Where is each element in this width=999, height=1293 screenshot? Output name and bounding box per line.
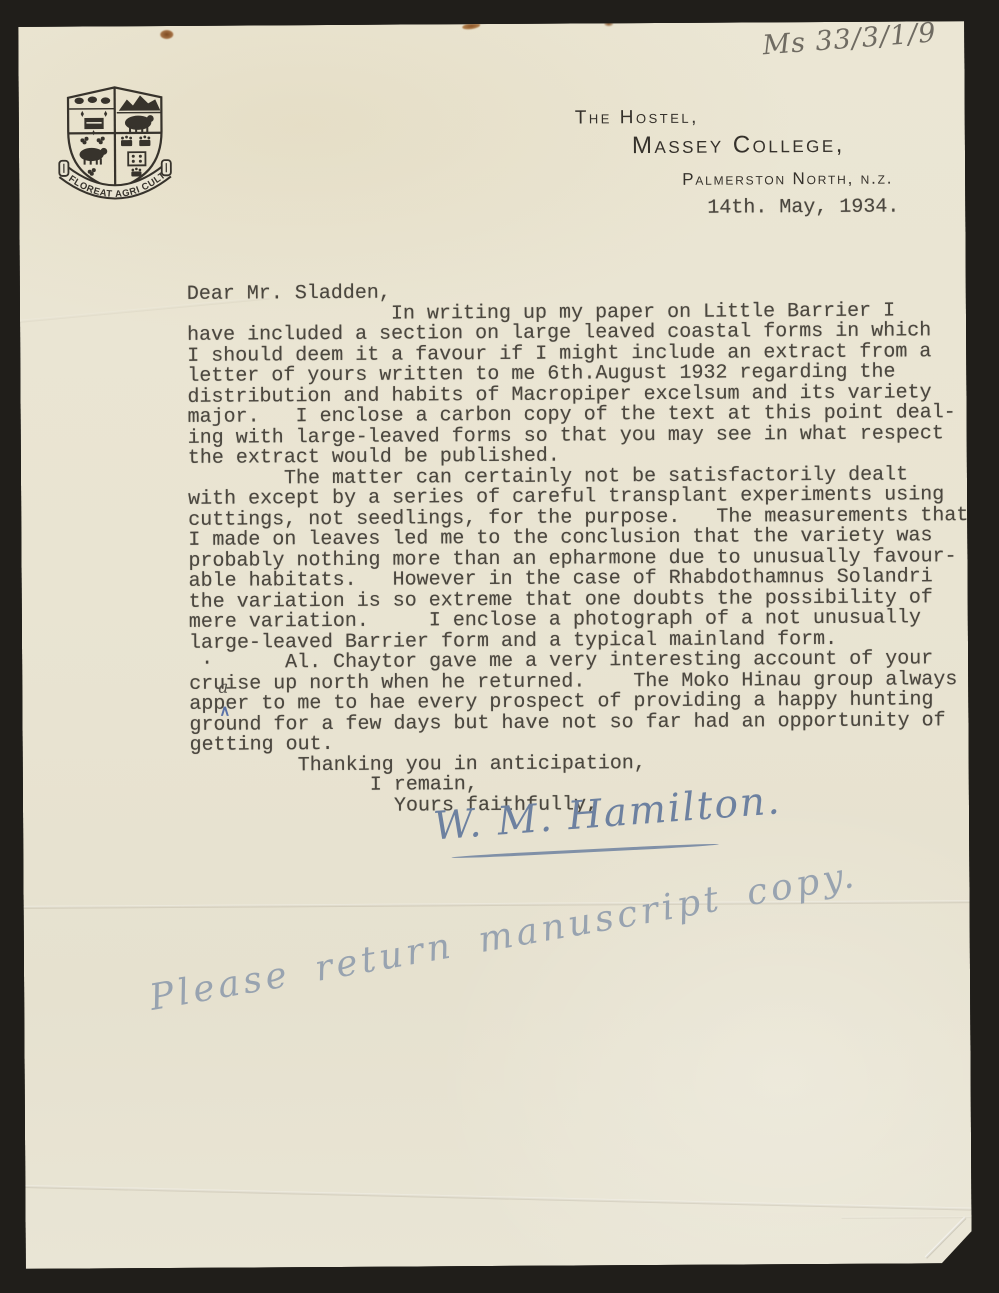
crease-line <box>24 900 970 909</box>
date-line: 14th. May, 1934. <box>707 196 899 220</box>
rust-stain <box>160 30 173 39</box>
crease-line <box>21 1185 972 1211</box>
letter-body: Dear Mr. Sladden, In writing up my paper… <box>187 280 970 818</box>
crest-motto: FLOREAT AGRI CULTURA <box>57 80 168 199</box>
rust-stain <box>462 22 481 31</box>
handwritten-correction-letter: a <box>218 678 228 698</box>
rust-stain <box>604 21 613 26</box>
letterhead-hostel: The Hostel, <box>575 107 699 130</box>
letter-page: FLOREAT AGRI CULTURA The Hostel, Massey … <box>18 21 972 1269</box>
archive-reference: Ms 33/3/1/9 <box>761 21 937 61</box>
letterhead-city: Palmerston North, n.z. <box>682 169 893 190</box>
crease-line <box>841 1216 971 1219</box>
postscript-note: Please return manuscript copy. <box>147 854 861 1018</box>
letterhead-college: Massey College, <box>632 131 845 160</box>
svg-text:FLOREAT AGRI CULTURA: FLOREAT AGRI CULTURA <box>57 80 168 199</box>
insertion-caret-icon: ∧ <box>219 702 230 720</box>
college-crest-icon: FLOREAT AGRI CULTURA <box>57 80 174 225</box>
folded-corner <box>925 1217 966 1259</box>
signature-flourish <box>451 843 719 859</box>
